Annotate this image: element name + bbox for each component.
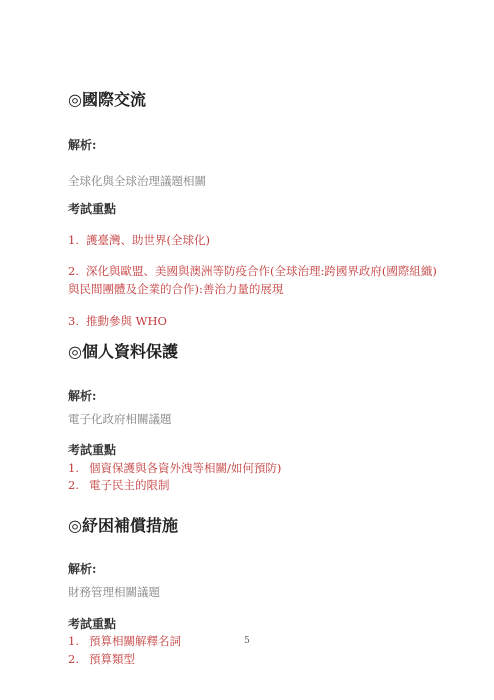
section-title-text: 紓困補償措施 — [82, 516, 178, 535]
page-content: ◎國際交流 解析: 全球化與全球治理議題相關 考試重點 1.護臺灣、助世界(全球… — [68, 91, 442, 669]
point-text: 推動參與 WHO — [86, 314, 167, 328]
section-personal-data-protection: ◎個人資料保護 解析: 電子化政府相關議題 考試重點 1.個資保護與各資外洩等相… — [68, 343, 442, 494]
analysis-label: 解析: — [68, 562, 442, 576]
page-number: 5 — [0, 636, 494, 646]
section-title-text: 國際交流 — [82, 90, 146, 109]
section-title: ◎紓困補償措施 — [68, 517, 442, 535]
exam-point: 1.個資保護與各資外洩等相關/如何預防) — [68, 461, 442, 477]
section-title: ◎國際交流 — [68, 91, 442, 109]
exam-points-label: 考試重點 — [68, 202, 442, 216]
point-number: 2. — [68, 264, 79, 278]
analysis-label: 解析: — [68, 389, 442, 403]
exam-points-label: 考試重點 — [68, 443, 442, 457]
point-text: 電子民主的限制 — [89, 478, 170, 492]
exam-point: 2.電子民主的限制 — [68, 478, 442, 494]
point-text: 護臺灣、助世界(全球化) — [86, 233, 210, 247]
section-marker: ◎ — [68, 90, 82, 109]
point-text: 深化與歐盟、美國與澳洲等防疫合作(全球治理:跨國界政府(國際組織)與民間團體及企… — [68, 264, 437, 296]
analysis-label: 解析: — [68, 138, 442, 152]
point-number: 1. — [68, 233, 79, 247]
analysis-text: 財務管理相關議題 — [68, 585, 442, 599]
section-marker: ◎ — [68, 342, 82, 361]
point-number: 2. — [68, 478, 79, 492]
section-title: ◎個人資料保護 — [68, 343, 442, 361]
point-number: 2. — [68, 652, 79, 666]
exam-point: 1.護臺灣、助世界(全球化) — [68, 231, 442, 249]
exam-points-label: 考試重點 — [68, 617, 442, 631]
section-marker: ◎ — [68, 516, 82, 535]
section-title-text: 個人資料保護 — [82, 342, 178, 361]
exam-point: 2.預算類型 — [68, 652, 442, 668]
point-number: 1. — [68, 461, 79, 475]
analysis-text: 全球化與全球治理議題相關 — [68, 174, 442, 188]
analysis-text: 電子化政府相關議題 — [68, 412, 442, 426]
exam-point: 2.深化與歐盟、美國與澳洲等防疫合作(全球治理:跨國界政府(國際組織)與民間團體… — [68, 262, 442, 299]
point-text: 個資保護與各資外洩等相關/如何預防) — [89, 461, 281, 475]
point-number: 3. — [68, 314, 79, 328]
section-international-exchange: ◎國際交流 解析: 全球化與全球治理議題相關 考試重點 1.護臺灣、助世界(全球… — [68, 91, 442, 330]
exam-point: 3.推動參與 WHO — [68, 312, 442, 330]
point-text: 預算類型 — [89, 652, 135, 666]
document-page: ◎國際交流 解析: 全球化與全球治理議題相關 考試重點 1.護臺灣、助世界(全球… — [0, 0, 494, 700]
